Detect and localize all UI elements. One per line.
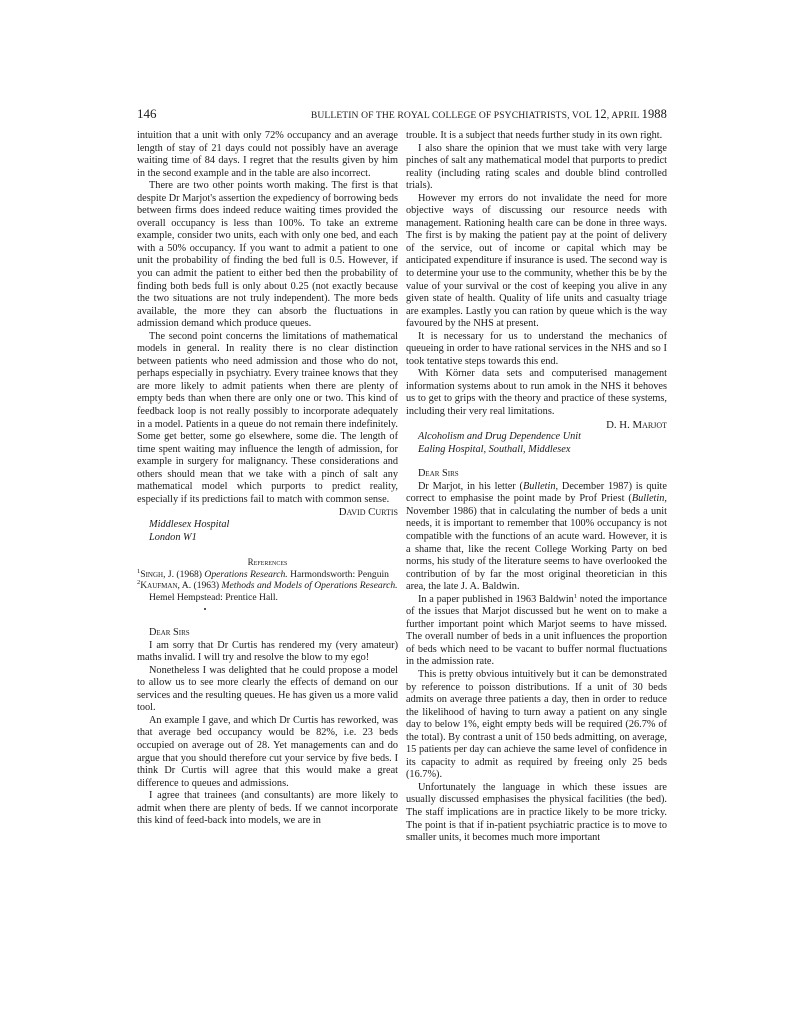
ref-year: (1968) [174, 569, 204, 580]
left-column: intuition that a unit with only 72% occu… [137, 130, 398, 845]
paragraph: It is necessary for us to understand the… [406, 331, 667, 369]
stray-mark [204, 608, 206, 610]
affiliation-line: Ealing Hospital, Southall, Middlesex [406, 444, 667, 457]
volume-number: 12 [594, 107, 607, 121]
paragraph: intuition that a unit with only 72% occu… [137, 130, 398, 180]
journal-title-text: BULLETIN OF THE ROYAL COLLEGE OF PSYCHIA… [311, 110, 594, 121]
paragraph: Dr Marjot, in his letter (Bulletin, Dece… [406, 481, 667, 594]
salutation: Dear Sirs [406, 468, 667, 481]
ref-title: Methods and Models of Operations Researc… [222, 580, 398, 591]
affiliation-line: Alcoholism and Drug Dependence Unit [406, 431, 667, 444]
paragraph: Nonetheless I was delighted that he coul… [137, 665, 398, 715]
reference-item-2: 2Kaufman, A. (1963) Methods and Models o… [137, 580, 398, 603]
ref-publisher: Harmondsworth: Penguin [288, 569, 389, 580]
paragraph: With Körner data sets and computerised m… [406, 368, 667, 418]
text-run: In a paper published in 1963 Baldwin [418, 594, 574, 605]
text-run: , November 1986) that in calculating the… [406, 493, 667, 592]
paragraph: However my errors do not invalidate the … [406, 193, 667, 331]
affiliation-line: London W1 [137, 532, 398, 545]
paragraph: In a paper published in 1963 Baldwin1 no… [406, 594, 667, 669]
ref-year: (1963) [191, 580, 221, 591]
paragraph: I am sorry that Dr Curtis has rendered m… [137, 640, 398, 665]
year: 1988 [642, 107, 667, 121]
salutation: Dear Sirs [137, 627, 398, 640]
affiliation-line: Middlesex Hospital [137, 519, 398, 532]
reference-item-1: 1Singh, J. (1968) Operations Research. H… [137, 569, 398, 581]
paragraph: I also share the opinion that we must ta… [406, 143, 667, 193]
paragraph: An example I gave, and which Dr Curtis h… [137, 715, 398, 790]
signature-david-curtis: David Curtis [137, 506, 398, 519]
ref-author: Kaufman, A. [140, 580, 191, 591]
running-head: 146 BULLETIN OF THE ROYAL COLLEGE OF PSY… [137, 106, 667, 128]
paragraph: There are two other points worth making.… [137, 180, 398, 331]
paragraph: trouble. It is a subject that needs furt… [406, 130, 667, 143]
paragraph: Unfortunately the language in which thes… [406, 782, 667, 845]
references-heading: References [137, 556, 398, 569]
page-number: 146 [137, 106, 157, 122]
ref-publisher: Hemel Hempstead: Prentice Hall. [137, 592, 398, 604]
paragraph: This is pretty obvious intuitively but i… [406, 669, 667, 782]
citation-bulletin: Bulletin [523, 481, 556, 492]
two-column-body: intuition that a unit with only 72% occu… [137, 130, 667, 845]
paragraph: The second point concerns the limitation… [137, 331, 398, 507]
citation-bulletin: Bulletin [632, 493, 665, 504]
right-column: trouble. It is a subject that needs furt… [406, 130, 667, 845]
journal-page: 146 BULLETIN OF THE ROYAL COLLEGE OF PSY… [137, 106, 667, 845]
ref-title: Operations Research. [204, 569, 287, 580]
ref-author: Singh, J. [140, 569, 174, 580]
issue-month: , APRIL [607, 110, 642, 121]
journal-title: BULLETIN OF THE ROYAL COLLEGE OF PSYCHIA… [311, 107, 667, 122]
paragraph: I agree that trainees (and consultants) … [137, 790, 398, 828]
signature-dh-marjot: D. H. Marjot [406, 419, 667, 432]
text-run: Dr Marjot, in his letter ( [418, 481, 523, 492]
